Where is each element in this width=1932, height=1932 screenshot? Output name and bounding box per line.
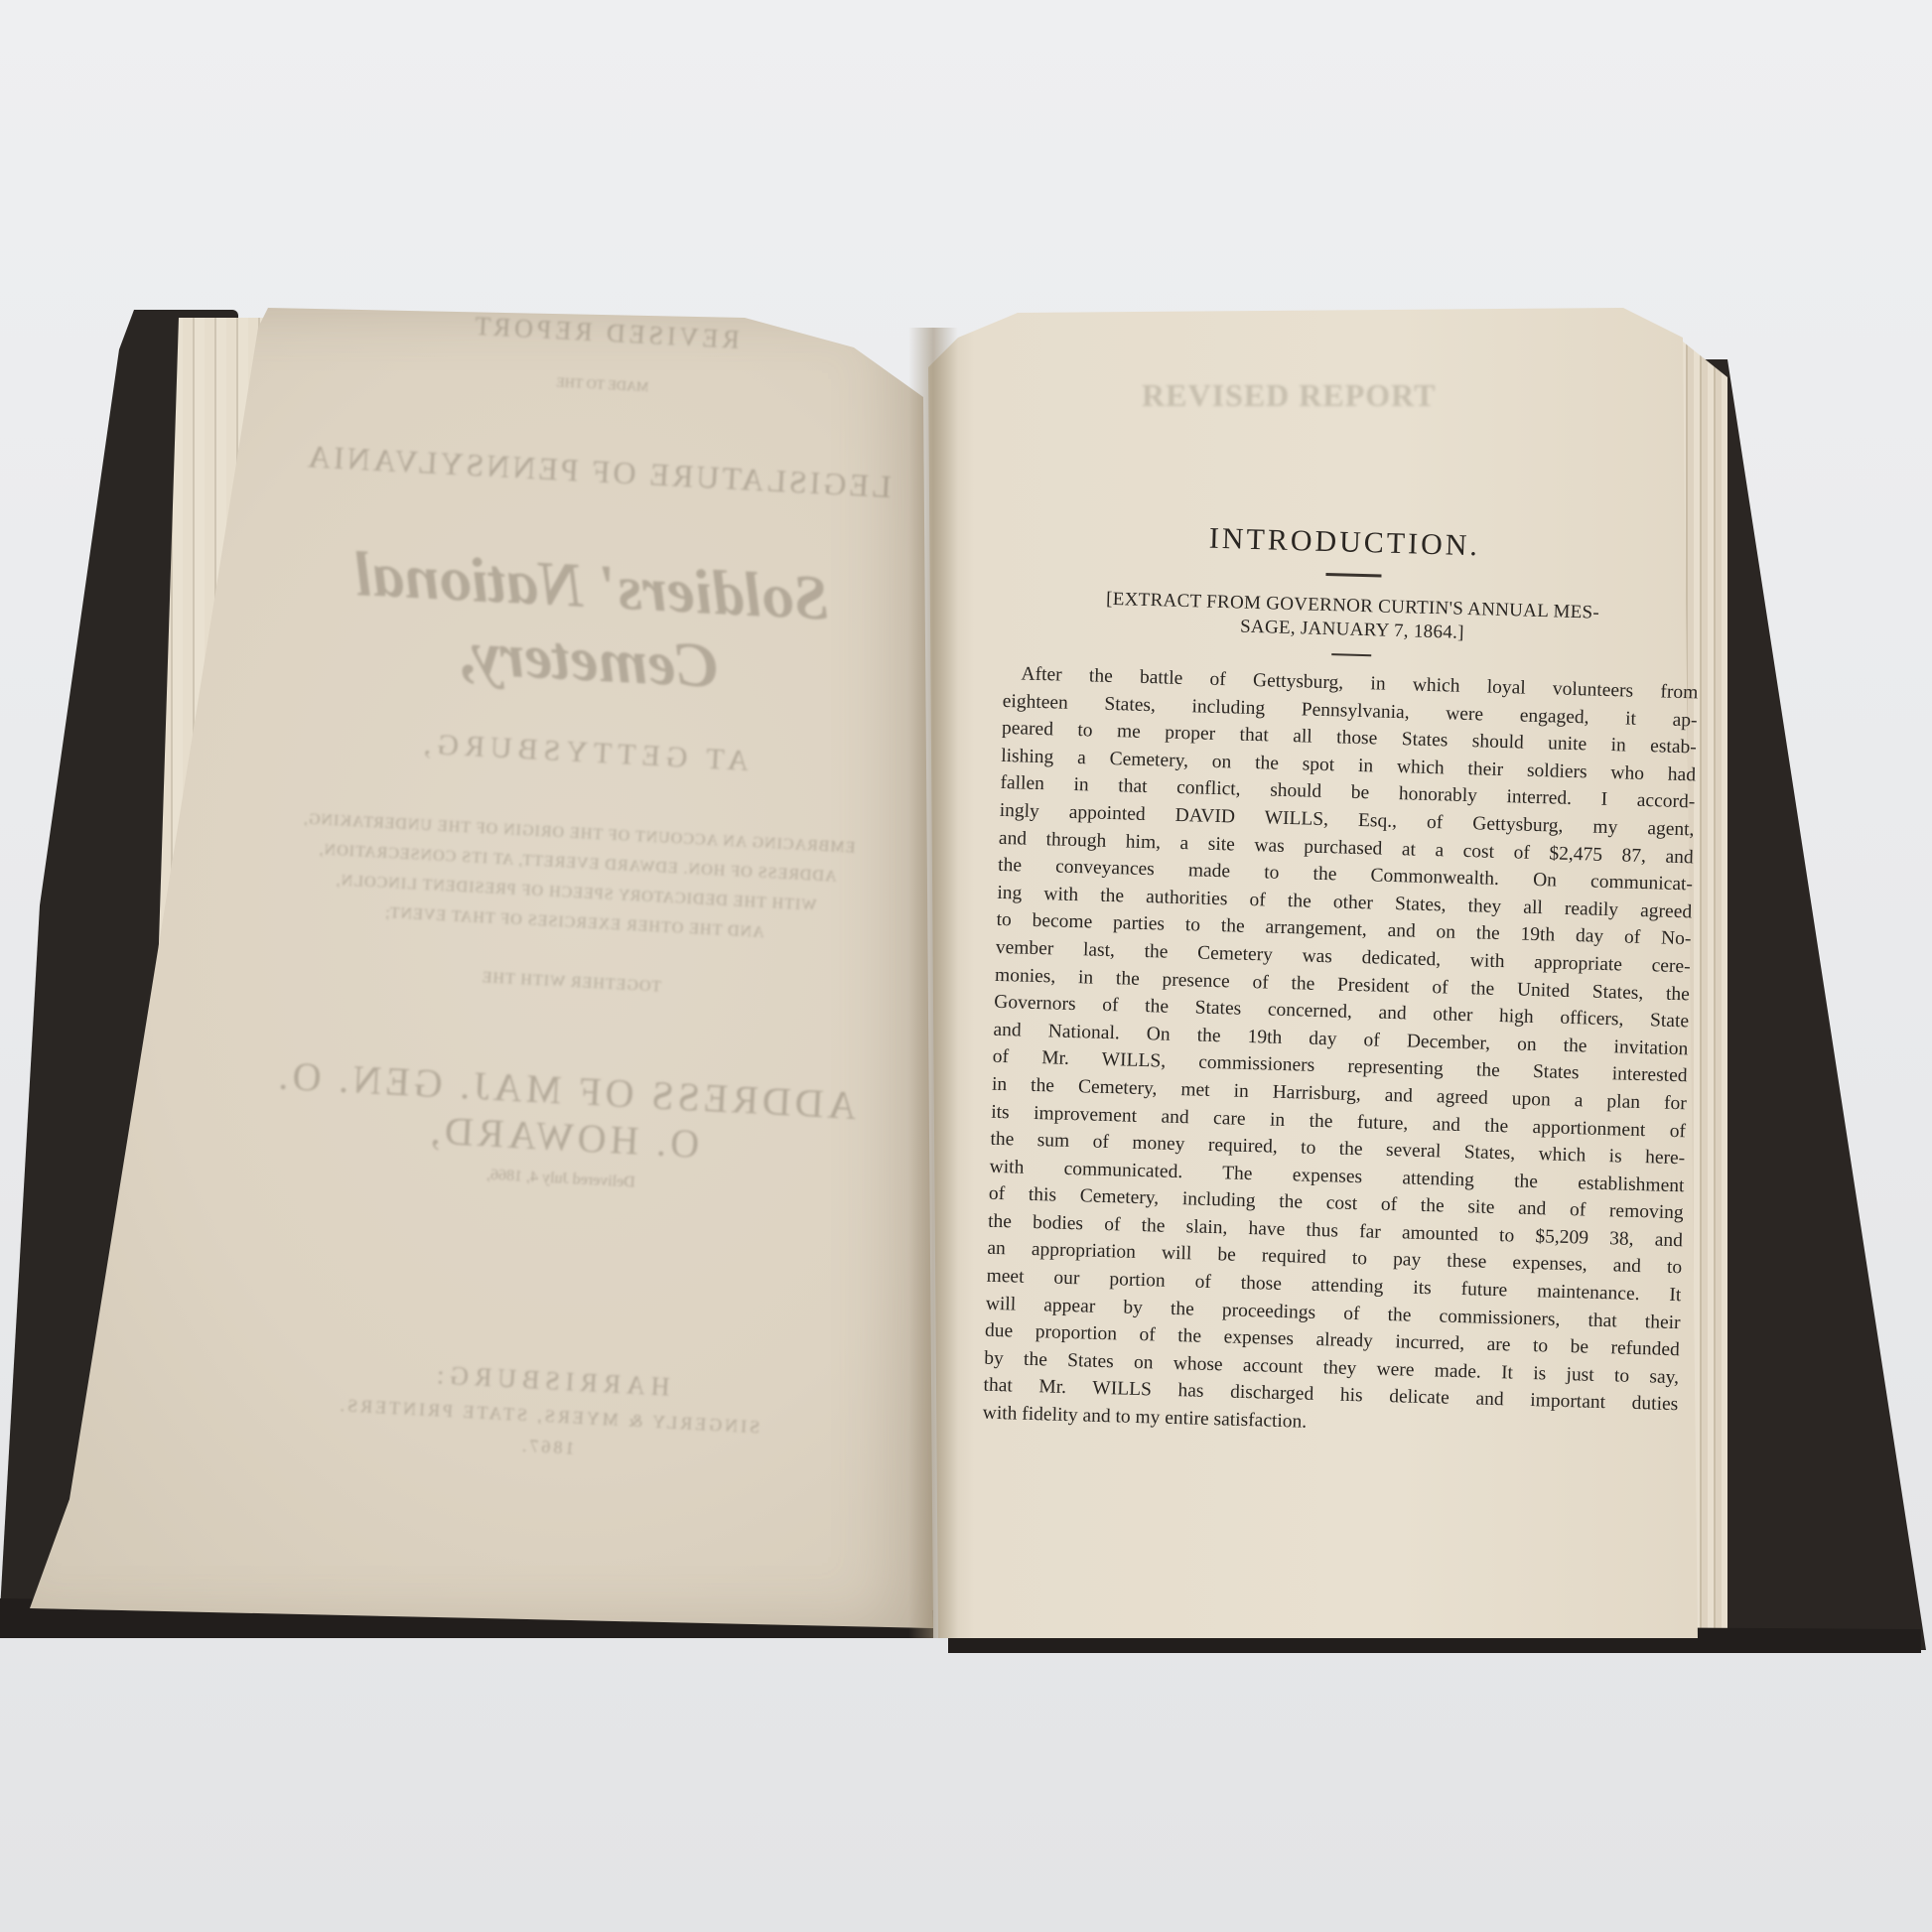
title-rule	[1325, 573, 1381, 578]
right-page-content: INTRODUCTION. [EXTRACT FROM GOVERNOR CUR…	[982, 516, 1702, 1447]
bleed-line: MADE TO THE	[285, 361, 920, 410]
bleed-line: LEGISLATURE OF PENNSYLVANIA	[280, 437, 916, 506]
book-photo: REVISED REPORT MADE TO THE LEGISLATURE O…	[0, 0, 1932, 1932]
bleed-line: TOGETHER WITH THE	[253, 951, 890, 1014]
body-paragraph: After the battle of Gettysburg, in which…	[982, 660, 1698, 1447]
book-gutter	[908, 328, 958, 1638]
extract-heading: [EXTRACT FROM GOVERNOR CURTIN'S ANNUAL M…	[1005, 585, 1701, 652]
right-page-bleed-through: REVISED REPORT	[1142, 377, 1436, 414]
extract-rule	[1331, 653, 1371, 656]
left-page-bleed-through: REVISED REPORT MADE TO THE LEGISLATURE O…	[227, 282, 924, 1505]
bleed-line: Soldiers' National Cemetery,	[269, 533, 911, 713]
bleed-line: AT GETTYSBURG,	[265, 719, 901, 785]
bleed-block: EMBRACING AN ACCOUNT OF THE ORIGIN OF TH…	[253, 802, 897, 1014]
bleed-line: REVISED REPORT	[287, 302, 923, 364]
book-cover-right	[1698, 359, 1926, 1650]
